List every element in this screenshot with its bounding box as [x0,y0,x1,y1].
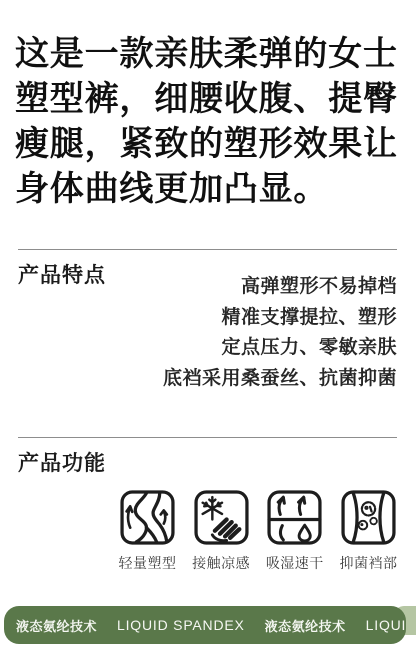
function-item: 轻量塑型 [111,489,184,573]
product-detail-page: 这是一款亲肤柔弹的女士塑型裤，细腰收腹、提臀瘦腿，紧致的塑形效果让身体曲线更加凸… [0,0,416,649]
banner-text: LIQUID SPANDEX [117,617,245,633]
banner-text: 液态氨纶技术 [265,616,346,635]
feature-item: 高弹塑形不易掉档 [60,272,397,303]
intro-text: 这是一款亲肤柔弹的女士塑型裤，细腰收腹、提臀瘦腿，紧致的塑形效果让身体曲线更加凸… [15,32,403,212]
function-label: 轻量塑型 [111,553,184,573]
functions-row: 轻量塑型 [111,489,405,573]
section-divider [18,437,397,438]
function-item: 接触凉感 [185,489,258,573]
function-item: 吸湿速干 [258,489,331,573]
function-label: 接触凉感 [185,553,258,573]
hip-shaping-icon [111,489,184,546]
section-divider [18,249,397,250]
features-list: 高弹塑形不易掉档 精准支撑提拉、塑形 定点压力、零敏亲肤 底裆采用桑蚕丝、抗菌抑… [60,272,397,394]
functions-heading: 产品功能 [18,447,106,477]
cool-touch-icon [185,489,258,546]
liquid-spandex-banner: 液态氨纶技术 LIQUID SPANDEX 液态氨纶技术 LIQUID SPAN… [4,606,406,644]
function-item: 抑菌裆部 [332,489,405,573]
function-label: 吸湿速干 [258,553,331,573]
banner-text: LIQUID SPANDEX [366,617,406,633]
feature-item: 精准支撑提拉、塑形 [60,303,397,334]
antibacterial-crotch-icon [332,489,405,546]
function-label: 抑菌裆部 [332,553,405,573]
moisture-wicking-icon [258,489,331,546]
banner-text: 液态氨纶技术 [16,616,97,635]
feature-item: 底裆采用桑蚕丝、抗菌抑菌 [60,364,397,395]
feature-item: 定点压力、零敏亲肤 [60,333,397,364]
